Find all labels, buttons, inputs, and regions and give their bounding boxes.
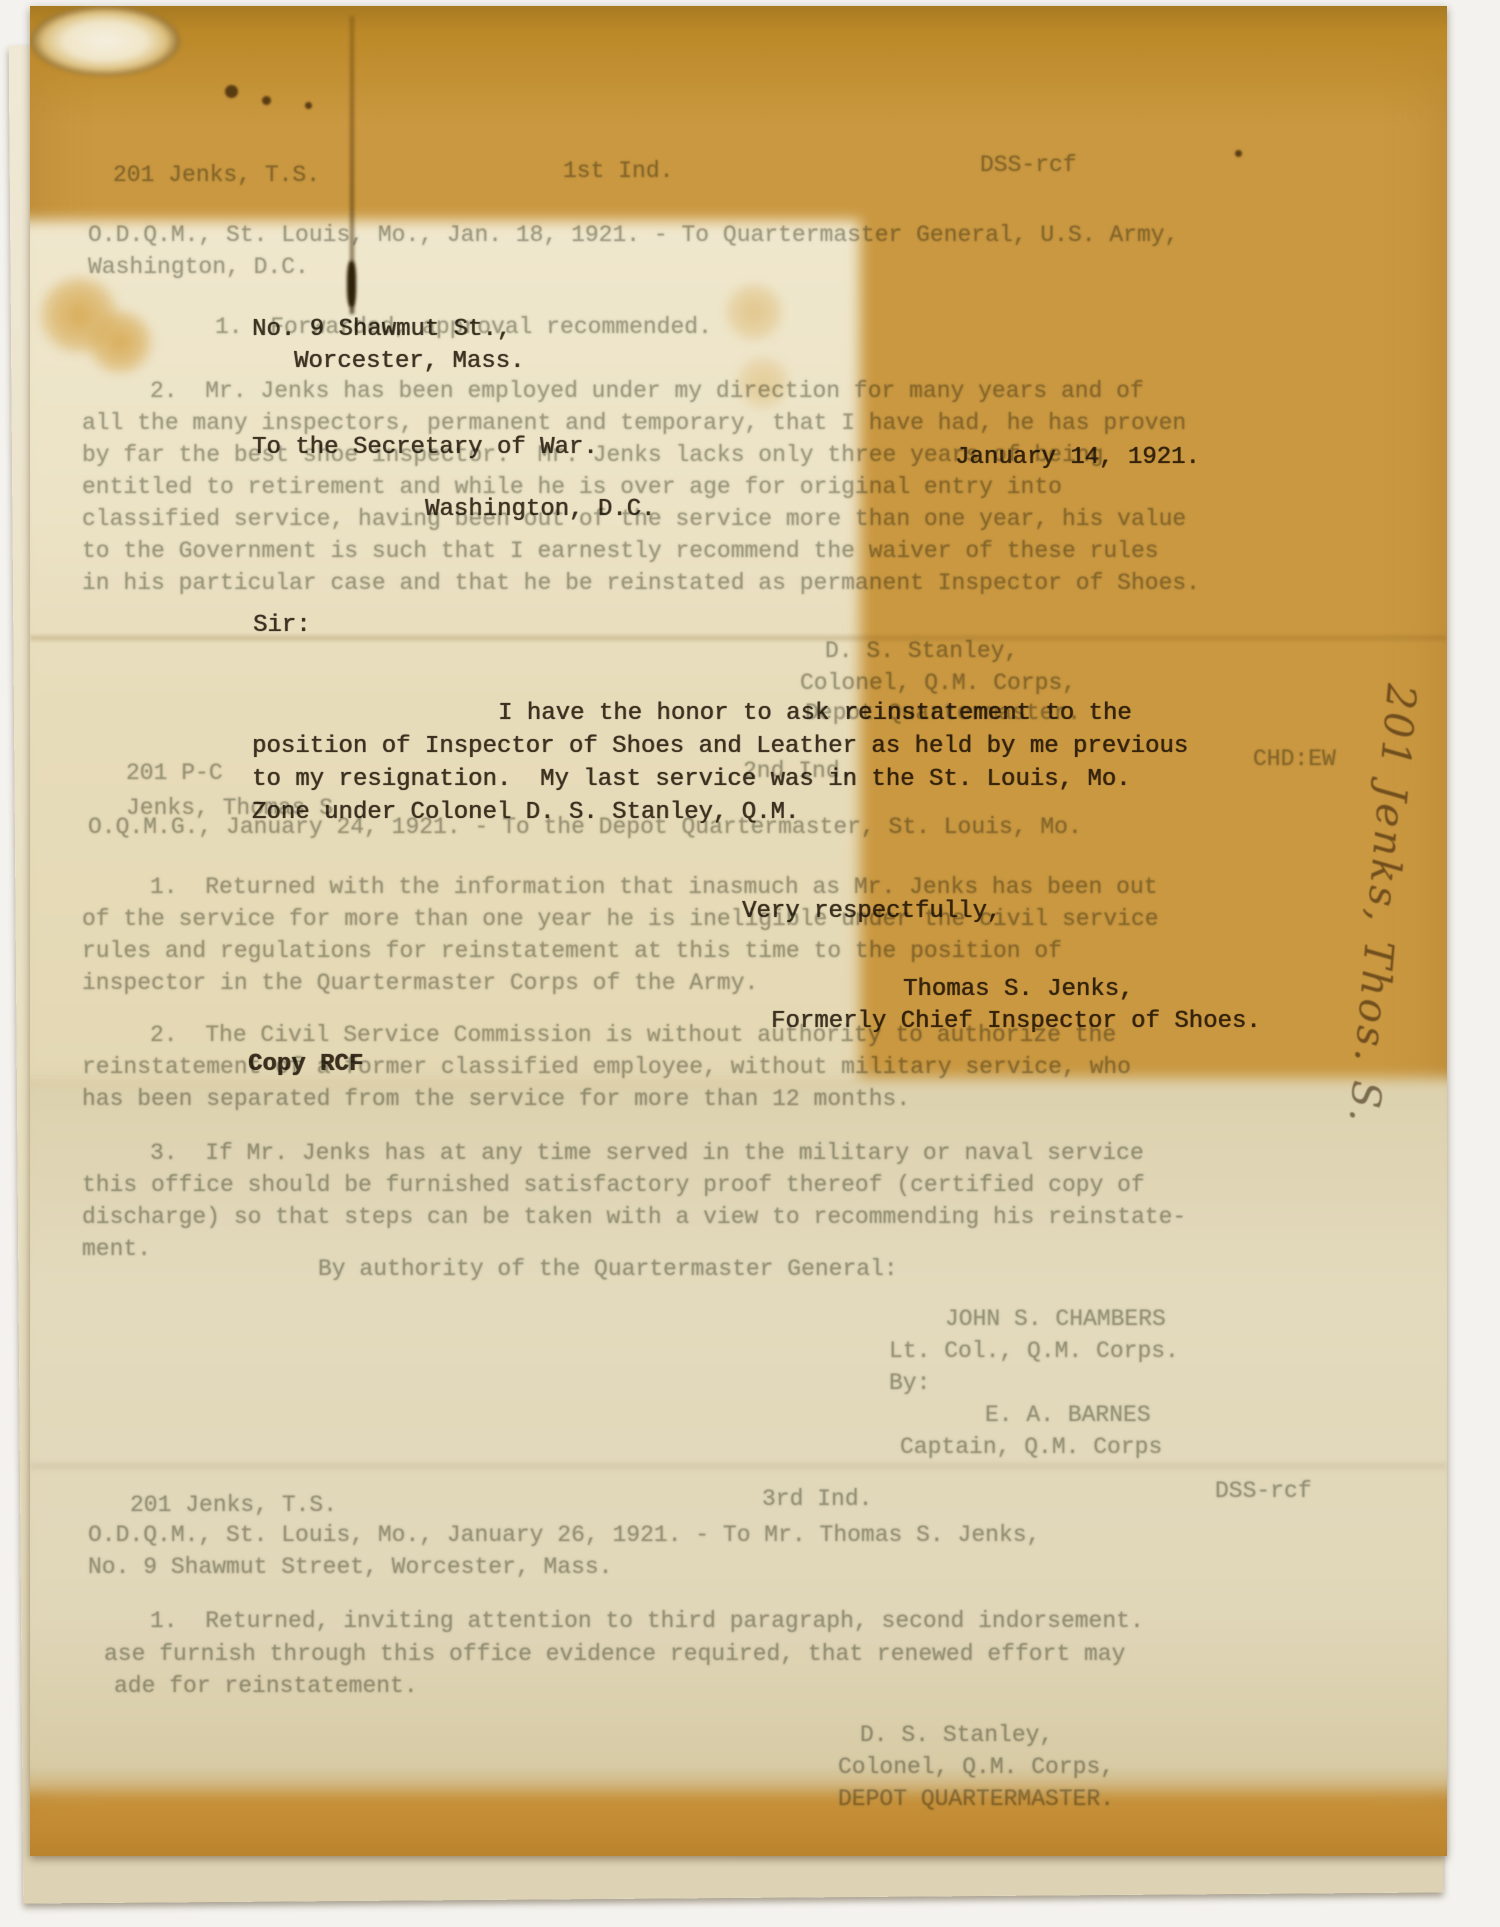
tan-stain [723,283,785,341]
tan-stain [86,310,154,374]
paper-sheet [30,6,1447,1856]
crease-ink-mark [347,261,356,307]
scanned-document-photo: 201 Jenks, T.S.1st Ind.DSS-rcfO.D.Q.M., … [0,0,1500,1927]
ink-spot [305,102,312,109]
tan-stain [735,356,791,410]
paper-faded-bottom-region [30,1078,1447,1794]
horizontal-fold-crease [30,1464,1447,1468]
paper-bottom-amber-band [30,1768,1447,1856]
paper-top-shading [30,6,1447,126]
paper-faded-left-region [30,220,860,1088]
ink-spot [1235,150,1242,157]
horizontal-fold-crease [30,636,1447,640]
torn-hole [30,6,180,76]
ink-spot [262,96,271,105]
ink-spot [225,85,238,98]
